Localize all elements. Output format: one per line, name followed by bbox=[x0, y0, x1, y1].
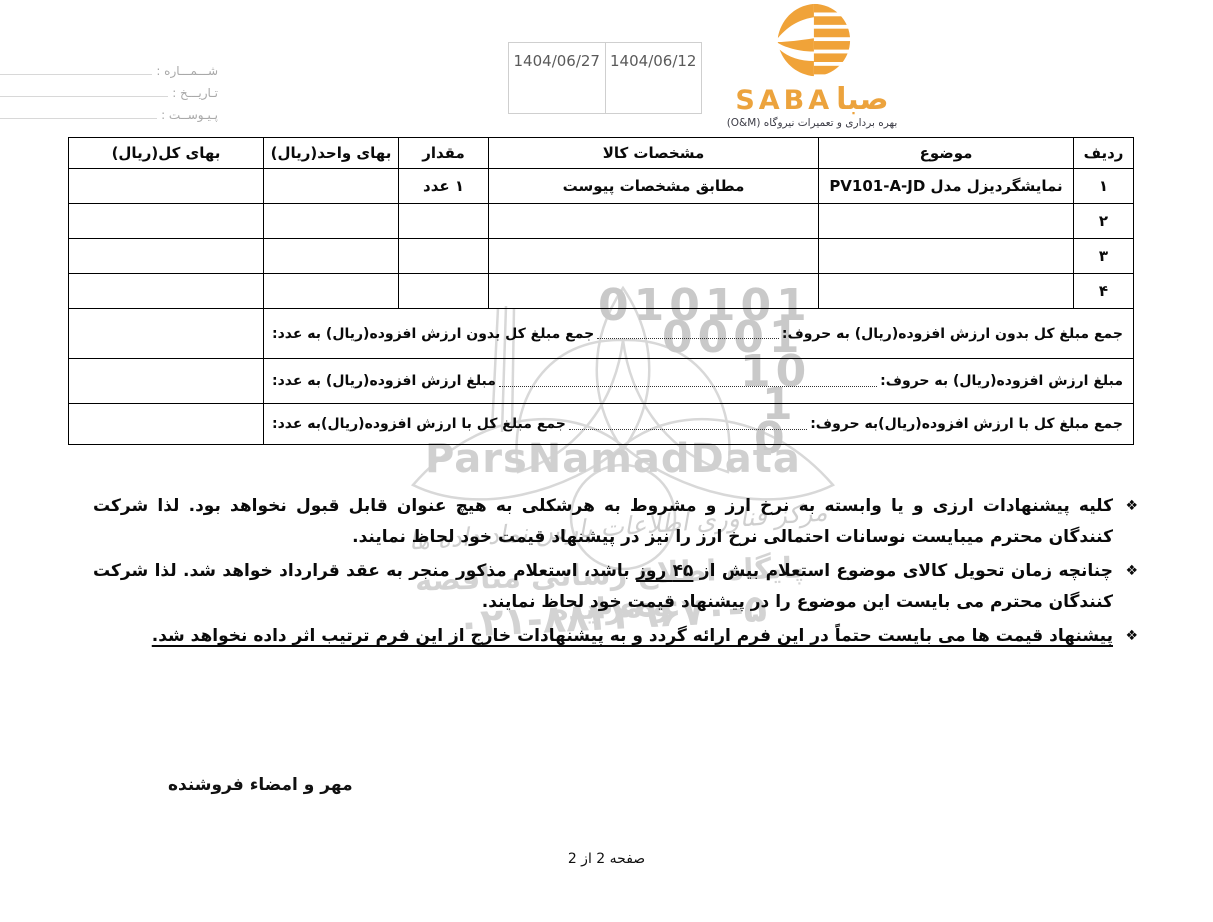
cell-specs: مطابق مشخصات پیوست bbox=[489, 169, 819, 204]
cell-row-number: ۴ bbox=[1074, 274, 1134, 309]
sum-row-cell: جمع مبلغ کل با ارزش افزوده(ریال)به حروف:… bbox=[264, 404, 1134, 445]
cell-qty bbox=[399, 274, 489, 309]
sum-row-cell: مبلغ ارزش افزوده(ریال) به حروف: مبلغ ارز… bbox=[264, 359, 1134, 404]
meta-number-row: شـــمـــاره : bbox=[0, 58, 218, 78]
note-form-only: ❖ پیشنهاد قیمت ها می بایست حتماً در این … bbox=[93, 621, 1140, 652]
logo-latin-text: SABA bbox=[735, 85, 833, 116]
header-subject: موضوع bbox=[819, 138, 1074, 169]
cell-total-price bbox=[69, 274, 264, 309]
cell-row-number: ۲ bbox=[1074, 204, 1134, 239]
logo-tagline: بهره برداری و تعمیرات نیروگاه (O&M) bbox=[712, 117, 912, 129]
cell-subject bbox=[819, 204, 1074, 239]
sum-row-with-vat: جمع مبلغ کل با ارزش افزوده(ریال)به حروف:… bbox=[69, 404, 1134, 445]
attachment-blank-line bbox=[0, 118, 157, 119]
note-text: کلیه پیشنهادات ارزی و یا وابسته به نرخ ا… bbox=[93, 496, 1113, 547]
header-qty: مقدار bbox=[399, 138, 489, 169]
cell-unit-price bbox=[264, 204, 399, 239]
cell-specs bbox=[489, 204, 819, 239]
cell-qty: ۱ عدد bbox=[399, 169, 489, 204]
inquiry-items-table: ردیف موضوع مشخصات کالا مقدار بهای واحد(ر… bbox=[68, 137, 1134, 445]
cell-subject bbox=[819, 274, 1074, 309]
note-underlined-days: ۴۵ روز bbox=[636, 561, 693, 581]
note-text-before: چنانچه زمان تحویل کالای موضوع استعلام بی… bbox=[693, 561, 1113, 581]
table-row: ۴ bbox=[69, 274, 1134, 309]
table-header-row: ردیف موضوع مشخصات کالا مقدار بهای واحد(ر… bbox=[69, 138, 1134, 169]
date-box-due: 1404/06/12 bbox=[605, 43, 702, 113]
table-row: ۳ bbox=[69, 239, 1134, 274]
company-logo: SABA صبا بهره برداری و تعمیرات نیروگاه (… bbox=[712, 2, 912, 129]
document-meta-fields: شـــمـــاره : تـاریـــخ : پـیـوســت : bbox=[0, 58, 218, 124]
cell-specs bbox=[489, 239, 819, 274]
date-boxes: 1404/06/27 1404/06/12 bbox=[508, 42, 702, 114]
sum-digits-label: جمع مبلغ کل بدون ارزش افزوده(ریال) به عد… bbox=[272, 326, 594, 342]
number-label: شـــمـــاره : bbox=[152, 64, 218, 78]
dotted-fill-line bbox=[499, 386, 877, 387]
date-box-issue: 1404/06/27 bbox=[509, 43, 605, 113]
diamond-bullet-icon: ❖ bbox=[1125, 556, 1138, 587]
sum-words-label: مبلغ ارزش افزوده(ریال) به حروف: bbox=[880, 373, 1123, 389]
cell-row-number: ۳ bbox=[1074, 239, 1134, 274]
sum-digits-label: مبلغ ارزش افزوده(ریال) به عدد: bbox=[272, 373, 496, 389]
cell-unit-price bbox=[264, 239, 399, 274]
number-blank-line bbox=[0, 74, 152, 75]
sum-row-vat: مبلغ ارزش افزوده(ریال) به حروف: مبلغ ارز… bbox=[69, 359, 1134, 404]
sum-digits-label: جمع مبلغ کل با ارزش افزوده(ریال)به عدد: bbox=[272, 416, 566, 432]
cell-unit-price bbox=[264, 274, 399, 309]
diamond-bullet-icon: ❖ bbox=[1125, 621, 1138, 652]
seller-signature-label: مهر و امضاء فروشنده bbox=[168, 775, 353, 795]
cell-total-price bbox=[69, 204, 264, 239]
sum-row-cell: جمع مبلغ کل بدون ارزش افزوده(ریال) به حر… bbox=[264, 309, 1134, 359]
header-specs: مشخصات کالا bbox=[489, 138, 819, 169]
saba-swirl-icon bbox=[764, 2, 860, 82]
sum-row-without-vat: جمع مبلغ کل بدون ارزش افزوده(ریال) به حر… bbox=[69, 309, 1134, 359]
sum-total-price-cell bbox=[69, 309, 264, 359]
cell-qty bbox=[399, 239, 489, 274]
sum-total-price-cell bbox=[69, 359, 264, 404]
logo-wordmark: SABA صبا bbox=[712, 82, 912, 117]
date-label: تـاریـــخ : bbox=[168, 86, 218, 100]
table-row: ۲ bbox=[69, 204, 1134, 239]
cell-subject: نمایشگردیزل مدل PV101-A-JD bbox=[819, 169, 1074, 204]
cell-unit-price bbox=[264, 169, 399, 204]
note-delivery-time: ❖ چنانچه زمان تحویل کالای موضوع استعلام … bbox=[93, 556, 1140, 618]
sum-words-label: جمع مبلغ کل بدون ارزش افزوده(ریال) به حر… bbox=[782, 326, 1123, 342]
attachment-label: پـیـوســت : bbox=[157, 108, 218, 122]
cell-subject bbox=[819, 239, 1074, 274]
cell-total-price bbox=[69, 239, 264, 274]
cell-qty bbox=[399, 204, 489, 239]
table-row: ۱ نمایشگردیزل مدل PV101-A-JD مطابق مشخصا… bbox=[69, 169, 1134, 204]
note-currency-offers: ❖ کلیه پیشنهادات ارزی و یا وابسته به نرخ… bbox=[93, 491, 1140, 553]
dotted-fill-line bbox=[597, 338, 779, 339]
sum-words-label: جمع مبلغ کل با ارزش افزوده(ریال)به حروف: bbox=[810, 416, 1123, 432]
header-unit-price: بهای واحد(ریال) bbox=[264, 138, 399, 169]
sum-total-price-cell bbox=[69, 404, 264, 445]
cell-total-price bbox=[69, 169, 264, 204]
page-number: صفحه 2 از 2 bbox=[0, 851, 1213, 867]
cell-specs bbox=[489, 274, 819, 309]
header-row-number: ردیف bbox=[1074, 138, 1134, 169]
header-total-price: بهای کل(ریال) bbox=[69, 138, 264, 169]
meta-date-row: تـاریـــخ : bbox=[0, 80, 218, 100]
logo-farsi-text: صبا bbox=[836, 82, 889, 117]
dotted-fill-line bbox=[569, 429, 807, 430]
cell-row-number: ۱ bbox=[1074, 169, 1134, 204]
note-text: پیشنهاد قیمت ها می بایست حتماً در این فر… bbox=[152, 626, 1113, 646]
diamond-bullet-icon: ❖ bbox=[1125, 491, 1138, 522]
terms-and-conditions: ❖ کلیه پیشنهادات ارزی و یا وابسته به نرخ… bbox=[93, 491, 1140, 652]
meta-attachment-row: پـیـوســت : bbox=[0, 102, 218, 122]
date-blank-line bbox=[0, 96, 168, 97]
